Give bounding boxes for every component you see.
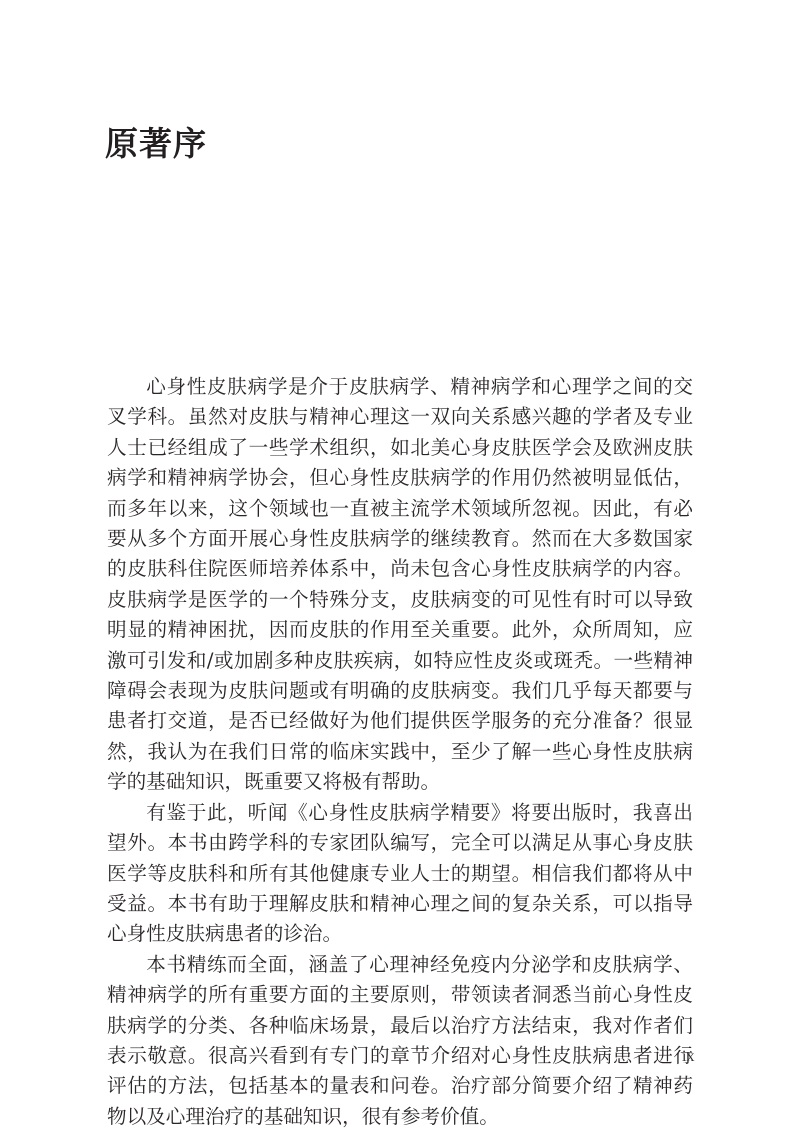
paragraph-3: 本书精练而全面，涵盖了心理神经免疫内分泌学和皮肤病学、精神病学的所有重要方面的主… (107, 950, 693, 1132)
page-title: 原著序 (105, 122, 207, 166)
paragraph-1: 心身性皮肤病学是介于皮肤病学、精神病学和心理学之间的交叉学科。虽然对皮肤与精神心… (107, 372, 693, 798)
paragraph-2: 有鉴于此，听闻《心身性皮肤病学精要》将要出版时，我喜出望外。本书由跨学科的专家团… (107, 798, 693, 950)
preface-body: 心身性皮肤病学是介于皮肤病学、精神病学和心理学之间的交叉学科。虽然对皮肤与精神心… (107, 372, 693, 1132)
page-number: ix (682, 1048, 694, 1066)
